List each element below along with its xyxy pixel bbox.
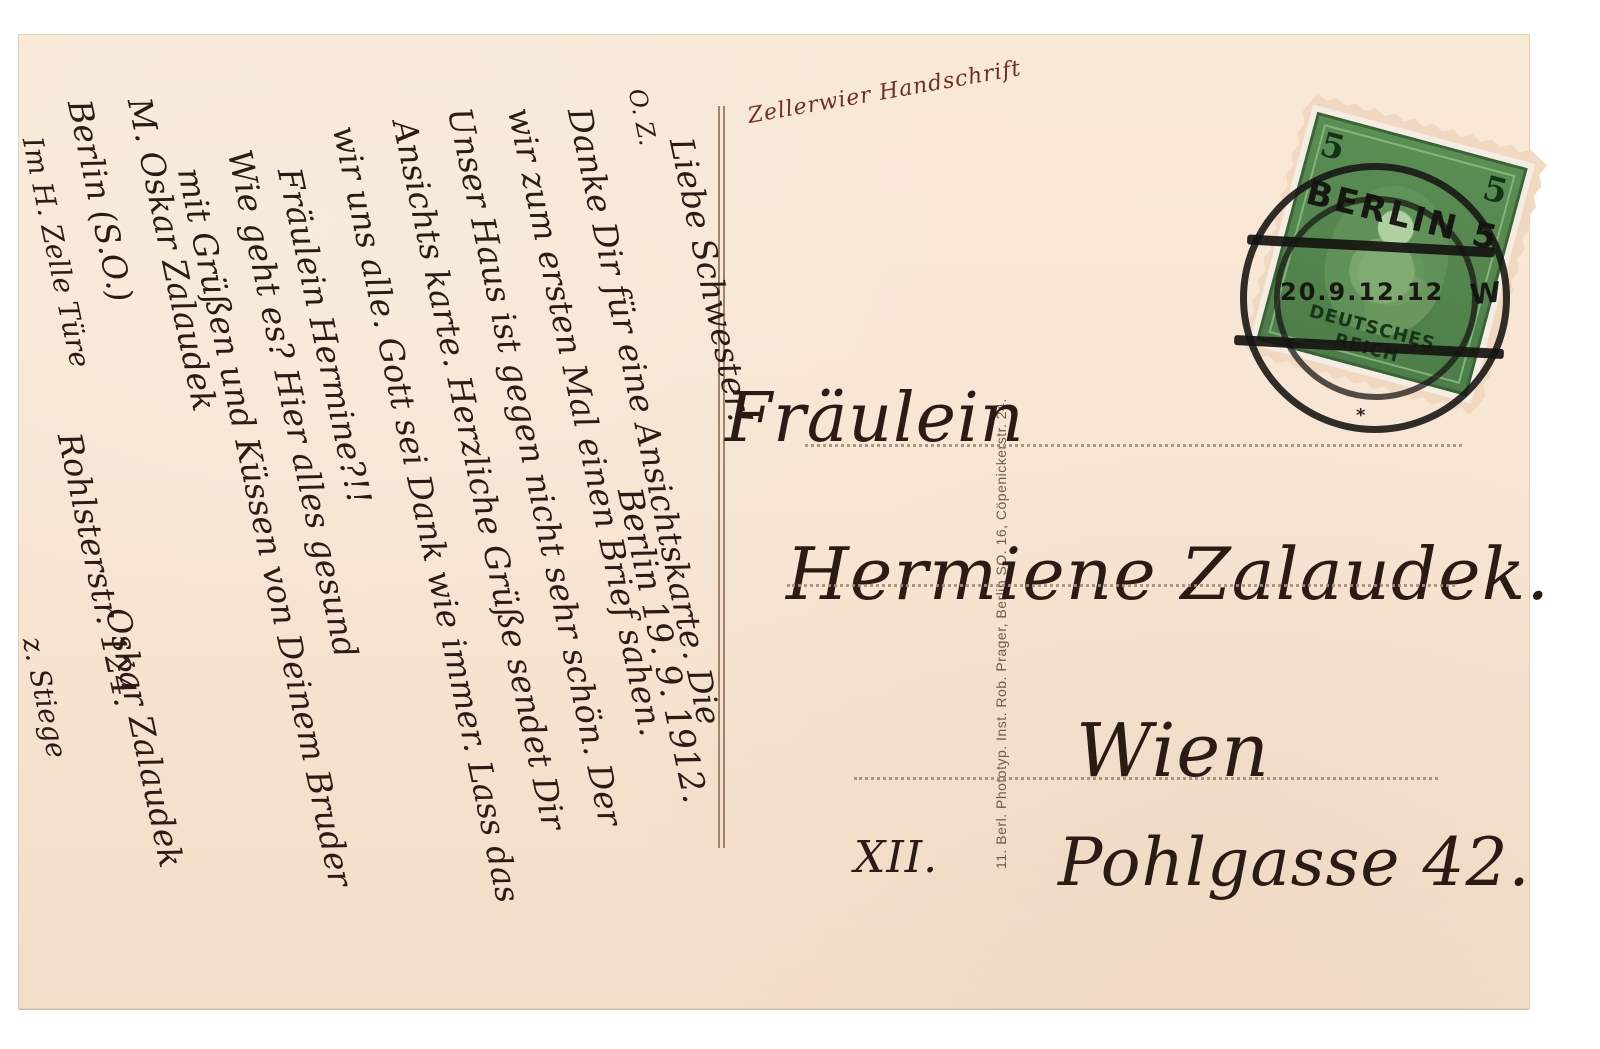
stamp-denomination-left: 5: [1316, 125, 1349, 170]
top-note: Zellerwier Handschrift: [746, 56, 1023, 129]
address-line-2: [787, 584, 1455, 587]
postmark-suffix: W: [1468, 275, 1502, 311]
address-name: Hermiene Zalaudek.: [786, 532, 1550, 616]
address-city: Wien: [1076, 708, 1270, 794]
message-line-3: O. Z.: [623, 86, 662, 148]
address-line-3: [854, 777, 1438, 780]
address-divider: [718, 106, 725, 848]
address-line-1: [805, 444, 1462, 447]
message-line-15: Rohlsterstr. 124.: [50, 429, 146, 710]
message-line-16: z. Stiege: [16, 634, 74, 761]
address-district: XII.: [854, 832, 938, 883]
postcard-back: 11. Berl. Phototyp. Inst. Rob. Prager, B…: [18, 34, 1530, 1009]
stamp-denomination-right: 5: [1478, 168, 1511, 213]
postmark-date: 20.9.12.12: [1280, 278, 1444, 306]
printer-imprint: 11. Berl. Phototyp. Inst. Rob. Prager, B…: [993, 109, 1009, 869]
postmark-bottom: *: [1356, 405, 1367, 426]
address-street: Pohlgasse 42.: [1058, 824, 1530, 901]
